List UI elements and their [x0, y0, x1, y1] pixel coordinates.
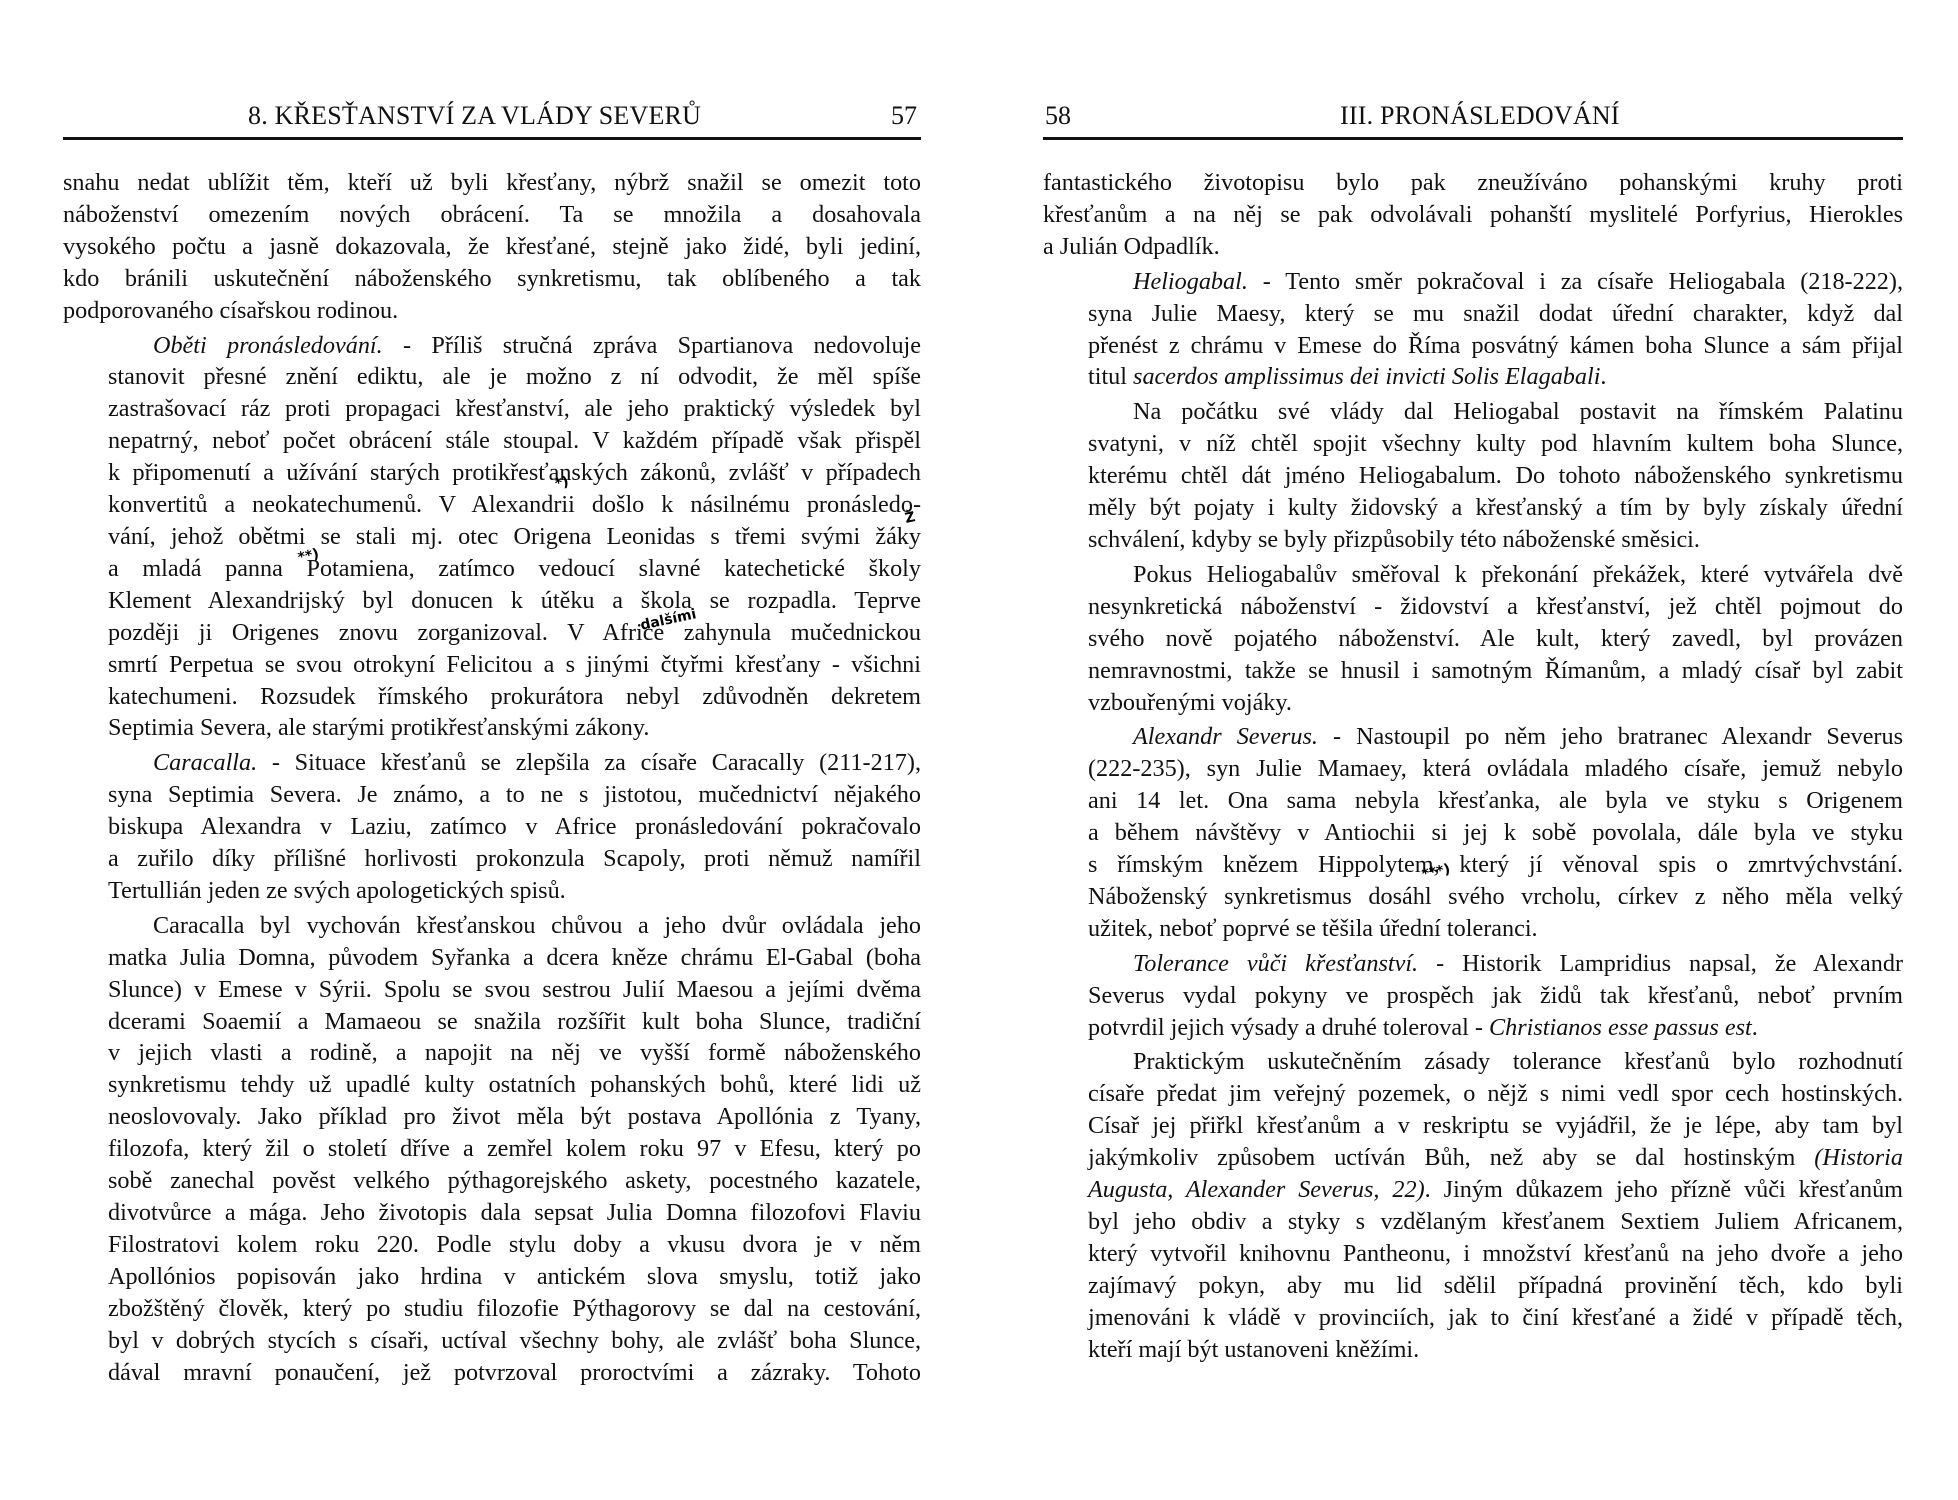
text-line: svého nově pojatého náboženství. Ale kul… — [1043, 623, 1903, 655]
paragraph: Praktickým uskutečněním zásady tolerance… — [1043, 1046, 1903, 1365]
text-line: a během návštěvy v Antiochii si jej k so… — [1043, 817, 1903, 849]
text-line: smrtí Perpetua se svou otrokyní Felicito… — [63, 649, 921, 681]
text-line: Klement Alexandrijský byl donucen k útěk… — [63, 585, 921, 617]
text-line: stanovit přesné znění ediktu, ale je mož… — [63, 361, 921, 393]
text-line: dával mravní ponaučení, jež potvrzoval p… — [63, 1357, 921, 1389]
text-line: Tolerance vůči křesťanství. - Historik L… — [1043, 948, 1903, 980]
section-lead: Oběti pronásledování. — [153, 332, 383, 359]
text-line: a mladá panna Potamiena, zatímco vedoucí… — [63, 553, 921, 585]
text-line: nesynkretická náboženství - židovství a … — [1043, 591, 1903, 623]
paragraph: Caracalla byl vychován křesťanskou chůvo… — [63, 910, 921, 1389]
text-line: syna Julie Maesy, který se mu snažil dod… — [1043, 298, 1903, 330]
text-line: vzbouřenými vojáky. — [1043, 687, 1903, 719]
text-line: Slunce) v Emese v Sýrii. Spolu se svou s… — [63, 974, 921, 1006]
text-line: zastrašovací ráz proti propagaci křesťan… — [63, 393, 921, 425]
header-rule — [1043, 137, 1903, 140]
handwritten-footnote-mark: *) — [553, 474, 570, 493]
text-line: křesťanům a na něj se pak odvolávali poh… — [1043, 199, 1903, 231]
running-head: 58 III. PRONÁSLEDOVÁNÍ — [1043, 96, 1903, 136]
paragraph: fantastického životopisu bylo pak zneuží… — [1043, 167, 1903, 263]
text-line: ani 14 let. Ona sama nebyla křesťanka, a… — [1043, 785, 1903, 817]
text-line: měly být pojaty i kulty židovský a křesť… — [1043, 492, 1903, 524]
citation: Augusta, Alexander Severus, 22) — [1088, 1176, 1425, 1203]
text-line: synkretismu tehdy už upadlé kulty ostatn… — [63, 1069, 921, 1101]
text-line: vysokého počtu a jasně dokazovala, že kř… — [63, 231, 921, 263]
paragraph-heliogabal: Heliogabal. - Tento směr pokračoval i za… — [1043, 266, 1903, 394]
text-line: náboženství omezením nových obrácení. Ta… — [63, 199, 921, 231]
section-lead: Alexandr Severus. — [1133, 723, 1318, 750]
text-line: Alexandr Severus. - Nastoupil po něm jeh… — [1043, 721, 1903, 753]
text-line: syna Septimia Severa. Je známo, a to ne … — [63, 779, 921, 811]
paragraph: Pokus Heliogabalův směřoval k překonání … — [1043, 559, 1903, 719]
paragraph-caracalla: Caracalla. - Situace křesťanů se zlepšil… — [63, 747, 921, 907]
section-lead: Heliogabal. — [1133, 268, 1248, 295]
text-line: konvertitů a neokatechumenů. V Alexandri… — [63, 489, 921, 521]
text-line: byl jeho obdiv a styky s vzdělaným křesť… — [1043, 1206, 1903, 1238]
text-line: neoslovovaly. Jako příklad pro život měl… — [63, 1101, 921, 1133]
text-line: zajímavý pokyn, aby mu lid sdělil případ… — [1043, 1270, 1903, 1302]
text-line: fantastického životopisu bylo pak zneuží… — [1043, 167, 1903, 199]
text-line: Oběti pronásledování. - Příliš stručná z… — [63, 330, 921, 362]
section-lead: Tolerance vůči křesťanství. — [1133, 950, 1418, 977]
text-line: Tertullián jeden ze svých apologetických… — [63, 875, 921, 907]
text-line: potvrdil jejich výsady a druhé toleroval… — [1043, 1012, 1903, 1044]
latin-quote: Christianos esse passus est — [1489, 1014, 1752, 1041]
page-body: snahu nedat ublížit těm, kteří už byli k… — [63, 167, 921, 1388]
right-page: 58 III. PRONÁSLEDOVÁNÍ fantastického živ… — [1043, 96, 1903, 1369]
page-number: 58 — [1045, 96, 1071, 136]
text-line: Augusta, Alexander Severus, 22). Jiným d… — [1043, 1174, 1903, 1206]
text-line: a Julián Odpadlík. — [1043, 231, 1903, 263]
paragraph: Na počátku své vlády dal Heliogabal post… — [1043, 396, 1903, 556]
text-line: titul sacerdos amplissimus dei invicti S… — [1043, 361, 1903, 393]
text-line: a zuřilo díky přílišné horlivosti prokon… — [63, 843, 921, 875]
text-line: dcerami Soaemií a Mamaeou se snažila roz… — [63, 1006, 921, 1038]
chapter-title: III. PRONÁSLEDOVÁNÍ — [1340, 96, 1620, 136]
text-line: Septimia Severa, ale starými protikřesťa… — [63, 712, 921, 744]
section-lead: Caracalla. — [153, 749, 257, 776]
text-line: snahu nedat ublížit těm, kteří už byli k… — [63, 167, 921, 199]
text-line: Severus vydal pokyny ve prospěch jak žid… — [1043, 980, 1903, 1012]
running-head: 8. KŘESŤANSTVÍ ZA VLÁDY SEVERŮ 57 — [63, 96, 921, 136]
text-line: katechumeni. Rozsudek římského prokuráto… — [63, 681, 921, 713]
text-line: Praktickým uskutečněním zásady tolerance… — [1043, 1046, 1903, 1078]
text-line: Pokus Heliogabalův směřoval k překonání … — [1043, 559, 1903, 591]
citation: (Historia — [1814, 1144, 1903, 1171]
text-line: Na počátku své vlády dal Heliogabal post… — [1043, 396, 1903, 428]
text-line: matka Julia Domna, původem Syřanka a dce… — [63, 942, 921, 974]
text-line: kdo bránili uskutečnění náboženského syn… — [63, 263, 921, 295]
text-line: sobě zanechal pověst velkého pýthagorejs… — [63, 1165, 921, 1197]
text-line: jakýmkoliv způsobem uctíván Bůh, než aby… — [1043, 1142, 1903, 1174]
text-line: podporovaného císařskou rodinou. — [63, 295, 921, 327]
text-line: Císař jej přiřkl křesťanům a v reskriptu… — [1043, 1110, 1903, 1142]
text-line: biskupa Alexandra v Laziu, zatímco v Afr… — [63, 811, 921, 843]
paragraph-tolerance: Tolerance vůči křesťanství. - Historik L… — [1043, 948, 1903, 1044]
text-line: Apollónios popisován jako hrdina v antic… — [63, 1261, 921, 1293]
latin-title: sacerdos amplissimus dei invicti Solis E… — [1133, 363, 1600, 390]
text-line: který vytvořil knihovnu Pantheonu, i mno… — [1043, 1238, 1903, 1270]
text-line: Filostratovi kolem roku 220. Podle stylu… — [63, 1229, 921, 1261]
text-line: filozofa, který žil o století dříve a ze… — [63, 1133, 921, 1165]
text-line: nepatrný, neboť počet obrácení stále sto… — [63, 425, 921, 457]
text-line: Caracalla. - Situace křesťanů se zlepšil… — [63, 747, 921, 779]
text-line: kterému chtěl dát jméno Heliogabalum. Do… — [1043, 460, 1903, 492]
text-line: Heliogabal. - Tento směr pokračoval i za… — [1043, 266, 1903, 298]
text-line: k připomenutí a užívání starých protikře… — [63, 457, 921, 489]
text-line: užitek, neboť poprvé se těšila úřední to… — [1043, 913, 1903, 945]
text-line: Náboženský synkretismus dosáhl svého vrc… — [1043, 881, 1903, 913]
paragraph-obeti: Oběti pronásledování. - Příliš stručná z… — [63, 330, 921, 745]
page-number: 57 — [891, 96, 917, 136]
text-line: později ji Origenes znovu zorganizoval. … — [63, 617, 921, 649]
paragraph-alexandr-severus: Alexandr Severus. - Nastoupil po něm jeh… — [1043, 721, 1903, 944]
text-line: byl v dobrých stycích s císaři, uctíval … — [63, 1325, 921, 1357]
page-body: fantastického životopisu bylo pak zneuží… — [1043, 167, 1903, 1366]
left-page: 8. KŘESŤANSTVÍ ZA VLÁDY SEVERŮ 57 snahu … — [63, 96, 921, 1391]
text-line: s římským knězem Hippolytem, který jí vě… — [1043, 849, 1903, 881]
text-line: přenést z chrámu v Emese do Říma posvátn… — [1043, 330, 1903, 362]
text-line: svatyni, v níž chtěl spojit všechny kult… — [1043, 428, 1903, 460]
text-line: schválení, kdyby se byly přizpůsobily té… — [1043, 524, 1903, 556]
paragraph: snahu nedat ublížit těm, kteří už byli k… — [63, 167, 921, 327]
text-line: (222-235), syn Julie Mamaey, která ovlád… — [1043, 753, 1903, 785]
text-line: kteří mají být ustanoveni kněžími. — [1043, 1334, 1903, 1366]
chapter-title: 8. KŘESŤANSTVÍ ZA VLÁDY SEVERŮ — [248, 96, 701, 136]
text-line: císaře předat jim veřejný pozemek, o něj… — [1043, 1078, 1903, 1110]
text-line: divotvůrce a mága. Jeho životopis dala s… — [63, 1197, 921, 1229]
text-line: vání, jehož obětmi se stali mj. otec Ori… — [63, 521, 921, 553]
text-line: v jejich vlasti a rodině, a napojit na n… — [63, 1037, 921, 1069]
header-rule — [63, 137, 921, 140]
text-line: jmenováni k vládě v provinciích, jak to … — [1043, 1302, 1903, 1334]
text-line: zbožštěný člověk, který po studiu filozo… — [63, 1293, 921, 1325]
text-line: nemravnostmi, takže se hnusil i samotným… — [1043, 655, 1903, 687]
text-line: Caracalla byl vychován křesťanskou chůvo… — [63, 910, 921, 942]
